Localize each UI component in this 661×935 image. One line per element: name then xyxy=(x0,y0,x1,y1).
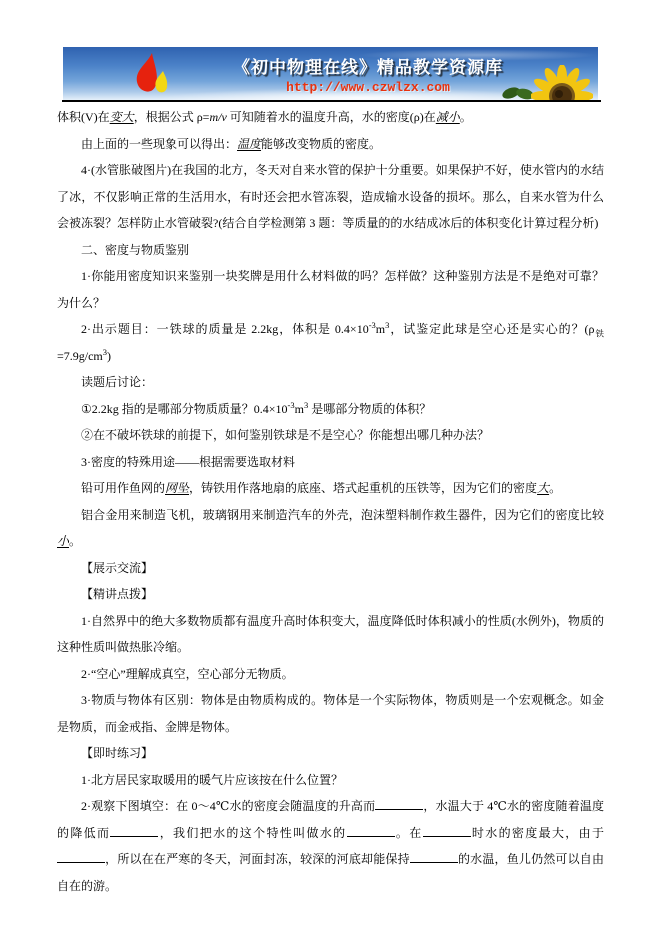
paragraph: 铝合金用来制造飞机，玻璃钢用来制造汽车的外壳，泡沫塑料制作救生器件，因为它们的密… xyxy=(57,502,604,555)
paragraph: 二、密度与物质鉴别 xyxy=(57,237,604,264)
text-segment: -3 xyxy=(288,400,295,410)
flame-logo-icon xyxy=(127,51,177,99)
text-segment: 。 xyxy=(69,534,81,548)
answer-text: 小 xyxy=(57,534,69,548)
text-segment: 3·密度的特殊用途——根据需要选取材料 xyxy=(81,455,295,469)
text-segment: ②在不破坏铁球的前提下，如何鉴别铁球是不是空心？你能想出哪几种办法？ xyxy=(81,428,489,442)
text-segment: ，试鉴定此球是空心还是实心的？(ρ xyxy=(389,322,594,336)
answer-text: 变大 xyxy=(110,110,134,124)
paragraph: 2·出示题目：一铁球的质量是 2.2kg，体积是 0.4×10-3m3，试鉴定此… xyxy=(57,316,604,369)
paragraph: 3·密度的特殊用途——根据需要选取材料 xyxy=(57,449,604,476)
fill-blank xyxy=(375,796,423,810)
text-segment: 2·“空心”理解成真空，空心部分无物质。 xyxy=(81,667,294,681)
paragraph: 铅可用作鱼网的网坠，铸铁用作落地扇的底座、塔式起重机的压铁等，因为它们的密度大。 xyxy=(57,475,604,502)
fill-blank xyxy=(423,823,471,837)
text-segment: ) xyxy=(107,349,111,363)
paragraph: 1·北方居民家取暖用的暖气片应该按在什么位置？ xyxy=(57,767,604,794)
text-segment: 铝合金用来制造飞机，玻璃钢用来制造汽车的外壳，泡沫塑料制作救生器件，因为它们的密… xyxy=(81,508,604,522)
text-segment: 。 xyxy=(460,110,472,124)
text-segment: =7.9g/cm xyxy=(57,349,103,363)
text-segment: m xyxy=(295,402,304,416)
text-segment: 时水的密度最大，由于 xyxy=(471,826,604,840)
text-segment: m/v xyxy=(209,110,226,124)
paragraph: ②在不破坏铁球的前提下，如何鉴别铁球是不是空心？你能想出哪几种办法？ xyxy=(57,422,604,449)
fill-blank xyxy=(410,849,458,863)
text-segment: 1·北方居民家取暖用的暖气片应该按在什么位置？ xyxy=(81,773,343,787)
text-segment: 2·观察下图填空：在 0～4℃水的密度会随温度的升高而 xyxy=(81,799,375,813)
text-segment: ，所以在在严寒的冬天，河面封冻，较深的河底却能保持 xyxy=(105,852,410,866)
answer-text: 大 xyxy=(537,481,549,495)
paragraph: 【精讲点拨】 xyxy=(57,581,604,608)
paragraph: 由上面的一些现象可以得出：温度能够改变物质的密度。 xyxy=(57,131,604,158)
text-segment: m xyxy=(376,322,385,336)
sunflower-icon xyxy=(531,65,593,100)
text-segment: 。 xyxy=(549,481,561,495)
paragraph: ①2.2kg 指的是哪部分物质质量？0.4×10-3m3 是哪部分物质的体积？ xyxy=(57,396,604,423)
fill-blank xyxy=(110,823,158,837)
text-segment: 1·你能用密度知识来鉴别一块奖牌是用什么材料做的吗？怎样做？这种鉴别方法是不是绝… xyxy=(57,269,604,310)
text-segment: 是哪部分物质的体积？ xyxy=(308,402,431,416)
answer-text: 网坠 xyxy=(165,481,189,495)
text-segment: 2·出示题目：一铁球的质量是 2.2kg，体积是 0.4×10 xyxy=(81,322,369,336)
text-segment: 1·自然界中的绝大多数物质都有温度升高时体积变大，温度降低时体积减小的性质(水例… xyxy=(57,614,604,655)
document-body: 体积(V)在变大，根据公式 ρ=m/v 可知随着水的温度升高，水的密度(ρ)在减… xyxy=(57,104,604,899)
text-segment: 读题后讨论： xyxy=(81,375,153,389)
paragraph: 2·“空心”理解成真空，空心部分无物质。 xyxy=(57,661,604,688)
text-segment: 可知随着水的温度升高，水的密度(ρ)在 xyxy=(227,110,436,124)
header-divider xyxy=(62,100,601,102)
document-page: 《初中物理在线》精品教学资源库 http://www.czwlzx.com xyxy=(0,0,661,935)
paragraph: 【展示交流】 xyxy=(57,555,604,582)
text-segment: 体积(V)在 xyxy=(57,110,110,124)
paragraph: 读题后讨论： xyxy=(57,369,604,396)
paragraph: 【即时练习】 xyxy=(57,740,604,767)
text-segment: ，我们把水的这个特性叫做水的 xyxy=(158,826,346,840)
site-title: 《初中物理在线》精品教学资源库 xyxy=(173,53,563,78)
paragraph: 4·(水管胀破图片)在我国的北方，冬天对自来水管的保护十分重要。如果保护不好，使… xyxy=(57,157,604,237)
text-segment: ，根据公式 ρ= xyxy=(134,110,210,124)
text-segment: 二、密度与物质鉴别 xyxy=(81,243,189,257)
fill-blank xyxy=(347,823,395,837)
answer-text: 减小 xyxy=(436,110,460,124)
text-segment: 。在 xyxy=(395,826,423,840)
answer-text: 温度 xyxy=(237,137,261,151)
text-segment: 能够改变物质的密度。 xyxy=(261,137,381,151)
text-segment: 4·(水管胀破图片)在我国的北方，冬天对自来水管的保护十分重要。如果保护不好，使… xyxy=(57,163,604,230)
text-segment: 【精讲点拨】 xyxy=(81,587,153,601)
site-banner: 《初中物理在线》精品教学资源库 http://www.czwlzx.com xyxy=(63,47,598,100)
paragraph: 2·观察下图填空：在 0～4℃水的密度会随温度的升高而，水温大于 4℃水的密度随… xyxy=(57,793,604,899)
text-segment: ，铸铁用作落地扇的底座、塔式起重机的压铁等，因为它们的密度 xyxy=(189,481,537,495)
text-segment: -3 xyxy=(369,320,376,330)
fill-blank xyxy=(57,849,105,863)
paragraph: 1·你能用密度知识来鉴别一块奖牌是用什么材料做的吗？怎样做？这种鉴别方法是不是绝… xyxy=(57,263,604,316)
paragraph: 1·自然界中的绝大多数物质都有温度升高时体积变大，温度降低时体积减小的性质(水例… xyxy=(57,608,604,661)
paragraph: 体积(V)在变大，根据公式 ρ=m/v 可知随着水的温度升高，水的密度(ρ)在减… xyxy=(57,104,604,131)
text-segment: ①2.2kg 指的是哪部分物质质量？0.4×10 xyxy=(81,402,288,416)
text-segment: 铅可用作鱼网的 xyxy=(81,481,165,495)
paragraph: 3·物质与物体有区别：物体是由物质构成的。物体是一个实际物体，物质则是一个宏观概… xyxy=(57,687,604,740)
text-segment: 由上面的一些现象可以得出： xyxy=(81,137,237,151)
text-segment: 【展示交流】 xyxy=(81,561,153,575)
text-segment: 【即时练习】 xyxy=(81,746,153,760)
text-segment: 3·物质与物体有区别：物体是由物质构成的。物体是一个实际物体，物质则是一个宏观概… xyxy=(57,693,604,734)
text-segment: 铁 xyxy=(595,328,604,338)
